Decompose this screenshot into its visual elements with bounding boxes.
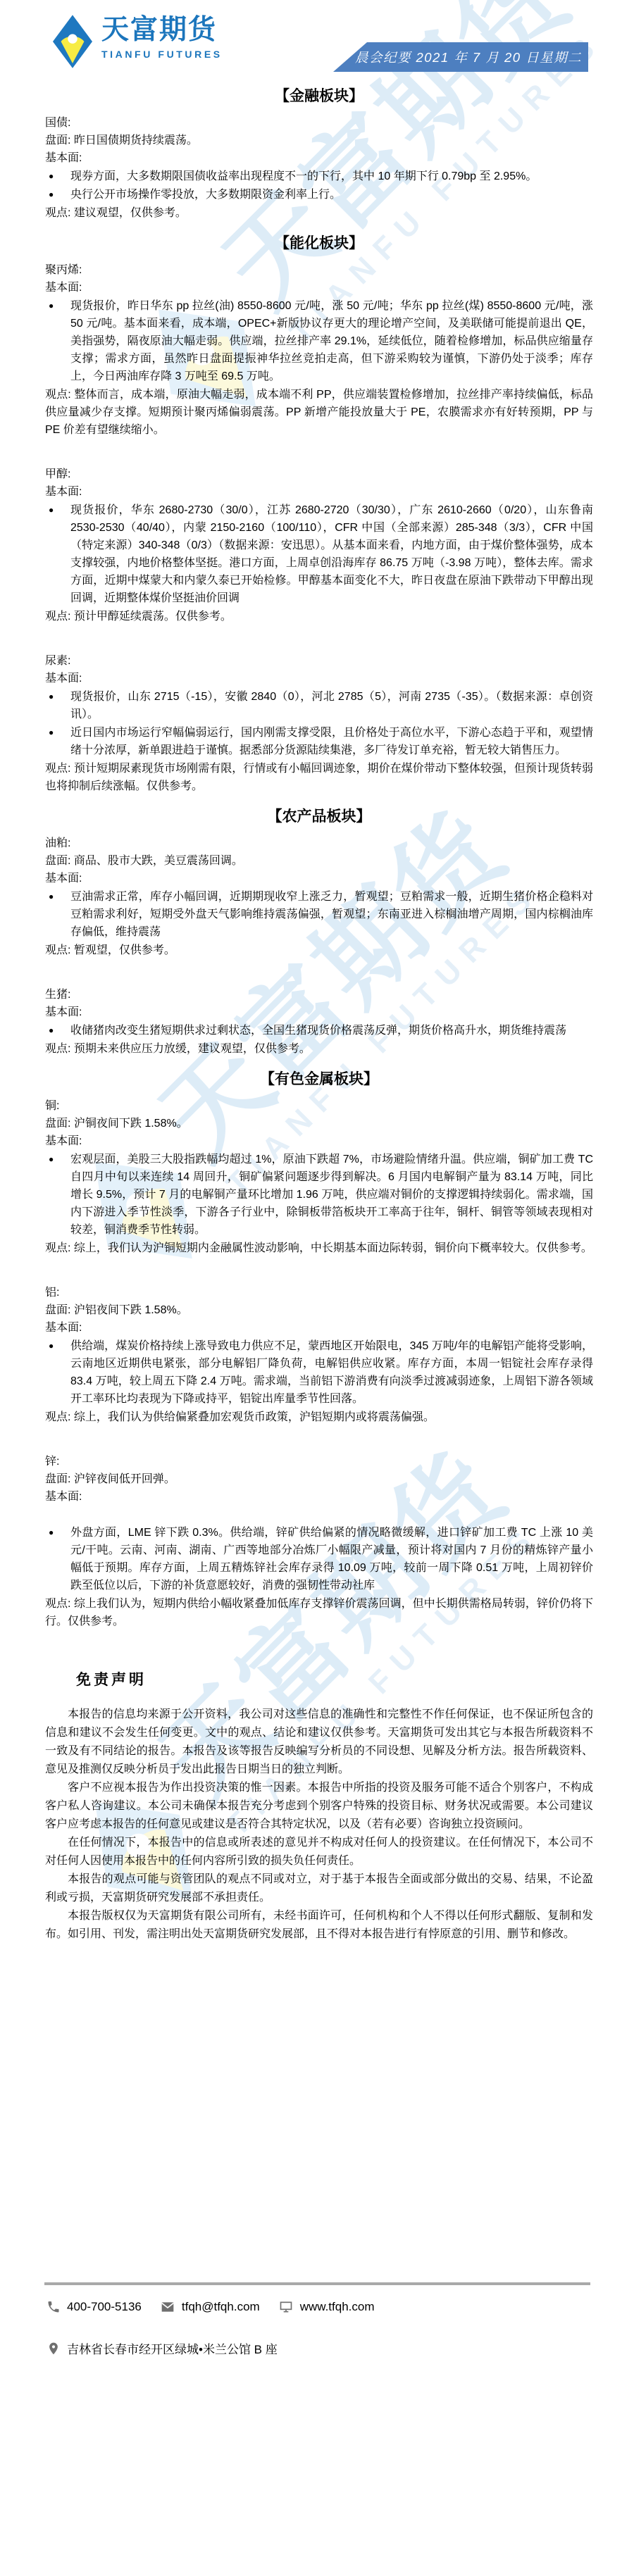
footer-address: 吉林省长春市经开区绿城•米兰公馆 B 座 [46, 2339, 278, 2357]
footer-website: www.tfqh.com [278, 2300, 375, 2314]
bullet-item: ● 宏观层面，美股三大股指跌幅均超过 1%，原油下跌超 7%，市场避险情绪升温。… [45, 1151, 593, 1239]
disclaimer-title: 免责声明 [76, 1671, 593, 1689]
section-finance: 【金融板块】 国债: 盘面: 昨日国债期货持续震荡。 基本面: ● 现券方面，大… [45, 86, 593, 222]
bullet-item: ● 央行公开市场操作零投放，大多数期限资金利率上行。 [45, 186, 593, 204]
disclaimer-paragraph: 本报告版权仅为天富期货有限公司所有，未经书面许可，任何机构和个人不得以任何形式翻… [45, 1907, 593, 1944]
bullet-icon: ● [49, 186, 54, 204]
bullet-icon: ● [49, 1524, 54, 1542]
disclaimer-paragraph: 在任何情况下，本报告中的信息或所表述的意见并不构成对任何人的投资建议。在任何情况… [45, 1834, 593, 1870]
commodity-block-zinc: 锌: 盘面: 沪锌夜间低开回弹。 基本面: ● 外盘方面，LME 锌下跌 0.3… [45, 1453, 593, 1630]
bullet-text: 现货报价，华东 2680-2730（30/0），江苏 2680-2720（30/… [70, 504, 593, 604]
bullet-icon: ● [49, 888, 54, 906]
footer-divider [44, 2282, 590, 2285]
market-line: 盘面: 沪铝夜间下跌 1.58%。 [45, 1301, 593, 1319]
location-pin-icon [46, 2341, 61, 2356]
report-page: 天富期货 TIANFU FUTURES 天富期货 TIANFU FUTURES … [0, 0, 634, 2576]
bullet-text: 央行公开市场操作零投放，大多数期限资金利率上行。 [70, 189, 341, 201]
diamond-logo-icon [52, 14, 93, 69]
footer-phone-number: 400-700-5136 [67, 2300, 142, 2314]
company-logo: 天富期货 TIANFU FUTURES [52, 14, 223, 69]
fundamentals-label: 基本面: [45, 483, 593, 501]
bullet-text: 收储猪肉改变生猪短期供求过剩状态，全国生猪现货价格震荡反弹，期货价格高升水，期货… [70, 1025, 566, 1037]
envelope-icon [160, 2300, 175, 2314]
commodity-block-methanol: 甲醇: 基本面: ● 现货报价，华东 2680-2730（30/0），江苏 26… [45, 465, 593, 625]
disclaimer-paragraph: 本报告的观点可能与资管团队的观点不同或对立，对于基于本报告全面或部分做出的交易、… [45, 1870, 593, 1907]
viewpoint-line: 观点: 预计甲醇延续震荡。仅供参考。 [45, 608, 593, 625]
commodity-name: 国债: [45, 114, 593, 132]
bullet-text: 外盘方面，LME 锌下跌 0.3%。供给端，锌矿供给偏紧的情况略微缓解，进口锌矿… [70, 1527, 593, 1592]
commodity-block-live-hog: 生猪: 基本面: ● 收储猪肉改变生猪短期供求过剩状态，全国生猪现货价格震荡反弹… [45, 986, 593, 1058]
report-header: 天富期货 TIANFU FUTURES 晨会纪要 2021 年 7 月 20 日… [0, 0, 634, 70]
brand-name-cn: 天富期货 [101, 14, 223, 46]
monitor-icon [278, 2300, 294, 2314]
bullet-item: ● 收储猪肉改变生猪短期供求过剩状态，全国生猪现货价格震荡反弹，期货价格高升水，… [45, 1022, 593, 1039]
market-line: 盘面: 昨日国债期货持续震荡。 [45, 132, 593, 149]
footer-email: tfqh@tfqh.com [160, 2300, 260, 2314]
bullet-icon: ● [49, 168, 54, 185]
viewpoint-line: 观点: 综上，我们认为沪铜短期内金融属性波动影响，中长期基本面边际转弱，铜价向下… [45, 1239, 593, 1257]
market-line: 盘面: 沪锌夜间低开回弹。 [45, 1470, 593, 1488]
bullet-icon: ● [49, 1337, 54, 1355]
bullet-text: 宏观层面，美股三大股指跌幅均超过 1%，原油下跌超 7%，市场避险情绪升温。供应… [70, 1153, 593, 1236]
fundamentals-label: 基本面: [45, 279, 593, 296]
viewpoint-line: 观点: 预计短期尿素现货市场刚需有限，行情或有小幅回调迹象，期价在煤价带动下整体… [45, 760, 593, 795]
brand-name-en: TIANFU FUTURES [101, 49, 223, 60]
fundamentals-label: 基本面: [45, 870, 593, 887]
section-title: 【有色金属板块】 [45, 1069, 593, 1090]
commodity-name: 聚丙烯: [45, 261, 593, 279]
bullet-item: ● 近日国内市场运行窄幅偏弱运行，国内刚需支撑受限，且价格处于高位水平，下游心态… [45, 724, 593, 759]
bullet-item: ● 外盘方面，LME 锌下跌 0.3%。供给端，锌矿供给偏紧的情况略微缓解，进口… [45, 1524, 593, 1594]
fundamentals-label: 基本面: [45, 1319, 593, 1337]
footer-email-text: tfqh@tfqh.com [182, 2300, 260, 2314]
bullet-item: ● 现券方面，大多数期限国债收益率出现程度不一的下行，其中 10 年期下行 0.… [45, 168, 593, 185]
commodity-name: 铝: [45, 1284, 593, 1301]
commodity-name: 生猪: [45, 986, 593, 1003]
market-line: 盘面: 商品、股市大跌，美豆震荡回调。 [45, 852, 593, 870]
fundamentals-label: 基本面: [45, 1132, 593, 1150]
report-title-banner: 晨会纪要 2021 年 7 月 20 日星期二 [333, 42, 588, 72]
bullet-item: ● 供给端，煤炭价格持续上涨导致电力供应不足，蒙西地区开始限电，345 万吨/年… [45, 1337, 593, 1408]
footer-contacts: 400-700-5136 tfqh@tfqh.com www.tfqh.com [46, 2300, 375, 2314]
footer-website-text: www.tfqh.com [300, 2300, 375, 2314]
blank-line [45, 1506, 593, 1523]
footer-address-text: 吉林省长春市经开区绿城•米兰公馆 B 座 [67, 2339, 278, 2357]
commodity-block-copper: 铜: 盘面: 沪铜夜间下跌 1.58%。 基本面: ● 宏观层面，美股三大股指跌… [45, 1097, 593, 1257]
bullet-text: 近日国内市场运行窄幅偏弱运行，国内刚需支撑受限，且价格处于高位水平，下游心态趋于… [70, 727, 593, 756]
commodity-name: 铜: [45, 1097, 593, 1115]
disclaimer-paragraph: 客户不应视本报告为作出投资决策的惟一因素。本报告中所指的投资及服务可能不适合个别… [45, 1779, 593, 1834]
commodity-block-urea: 尿素: 基本面: ● 现货报价，山东 2715（-15），安徽 2840（0），… [45, 652, 593, 795]
section-title: 【农产品板块】 [45, 806, 593, 827]
viewpoint-line: 观点: 整体而言，成本端，原油大幅走弱，成本端不利 PP，供应端装置检修增加，拉… [45, 386, 593, 439]
bullet-icon: ● [49, 1151, 54, 1168]
fundamentals-label: 基本面: [45, 149, 593, 167]
viewpoint-line: 观点: 暂观望，仅供参考。 [45, 942, 593, 959]
commodity-block-oil-meal: 油粕: 盘面: 商品、股市大跌，美豆震荡回调。 基本面: ● 豆油需求正常，库存… [45, 834, 593, 959]
viewpoint-line: 观点: 预期未来供应压力放缓，建议观望，仅供参考。 [45, 1040, 593, 1058]
fundamentals-label: 基本面: [45, 670, 593, 687]
bullet-icon: ● [49, 688, 54, 706]
commodity-name: 油粕: [45, 834, 593, 852]
report-title-date: 晨会纪要 2021 年 7 月 20 日星期二 [340, 48, 582, 66]
fundamentals-label: 基本面: [45, 1003, 593, 1021]
section-title: 【金融板块】 [45, 86, 593, 107]
commodity-block-aluminum: 铝: 盘面: 沪铝夜间下跌 1.58%。 基本面: ● 供给端，煤炭价格持续上涨… [45, 1284, 593, 1426]
viewpoint-line: 观点: 建议观望，仅供参考。 [45, 204, 593, 222]
bullet-icon: ● [49, 1022, 54, 1039]
fundamentals-label: 基本面: [45, 1488, 593, 1506]
section-energy-chemical: 【能化板块】 聚丙烯: 基本面: ● 现货报价，昨日华东 pp 拉丝(油) 85… [45, 233, 593, 795]
section-agriculture: 【农产品板块】 油粕: 盘面: 商品、股市大跌，美豆震荡回调。 基本面: ● 豆… [45, 806, 593, 1058]
bullet-text: 现券方面，大多数期限国债收益率出现程度不一的下行，其中 10 年期下行 0.79… [70, 170, 537, 182]
viewpoint-line: 观点: 综上我们认为，短期内供给小幅收紧叠加低库存支撑锌价震荡回调，但中长期供需… [45, 1595, 593, 1630]
viewpoint-line: 观点: 综上，我们认为供给偏紧叠加宏观货币政策，沪铝短期内或将震荡偏强。 [45, 1408, 593, 1426]
commodity-name: 锌: [45, 1453, 593, 1470]
section-title: 【能化板块】 [45, 233, 593, 254]
report-body: 【金融板块】 国债: 盘面: 昨日国债期货持续震荡。 基本面: ● 现券方面，大… [0, 70, 634, 1944]
bullet-icon: ● [49, 501, 54, 519]
bullet-item: ● 现货报价，山东 2715（-15），安徽 2840（0），河北 2785（5… [45, 688, 593, 723]
market-line: 盘面: 沪铜夜间下跌 1.58%。 [45, 1115, 593, 1132]
bullet-item: ● 豆油需求正常，库存小幅回调，近期期现收窄上涨乏力，暂观望；豆粕需求一般，近期… [45, 888, 593, 941]
disclaimer-section: 免责声明 本报告的信息均来源于公开资料，我公司对这些信息的准确性和完整性不作任何… [45, 1671, 593, 1944]
bullet-text: 豆油需求正常，库存小幅回调，近期期现收窄上涨乏力，暂观望；豆粕需求一般，近期生猪… [70, 891, 593, 938]
bullet-text: 现货报价，山东 2715（-15），安徽 2840（0），河北 2785（5），… [70, 691, 593, 720]
bullet-item: ● 现货报价，昨日华东 pp 拉丝(油) 8550-8600 元/吨，涨 50 … [45, 297, 593, 385]
footer-phone: 400-700-5136 [46, 2300, 142, 2314]
commodity-name: 甲醇: [45, 465, 593, 483]
disclaimer-paragraph: 本报告的信息均来源于公开资料，我公司对这些信息的准确性和完整性不作任何保证，也不… [45, 1706, 593, 1779]
phone-icon [46, 2300, 61, 2314]
commodity-name: 尿素: [45, 652, 593, 670]
bullet-text: 供给端，煤炭价格持续上涨导致电力供应不足，蒙西地区开始限电，345 万吨/年的电… [70, 1340, 593, 1405]
section-nonferrous-metals: 【有色金属板块】 铜: 盘面: 沪铜夜间下跌 1.58%。 基本面: ● 宏观层… [45, 1069, 593, 1630]
bullet-text: 现货报价，昨日华东 pp 拉丝(油) 8550-8600 元/吨，涨 50 元/… [70, 300, 593, 382]
bullet-item: ● 现货报价，华东 2680-2730（30/0），江苏 2680-2720（3… [45, 501, 593, 607]
commodity-block-treasury: 国债: 盘面: 昨日国债期货持续震荡。 基本面: ● 现券方面，大多数期限国债收… [45, 114, 593, 222]
bullet-icon: ● [49, 724, 54, 742]
commodity-block-polypropylene: 聚丙烯: 基本面: ● 现货报价，昨日华东 pp 拉丝(油) 8550-8600… [45, 261, 593, 439]
bullet-icon: ● [49, 297, 54, 315]
